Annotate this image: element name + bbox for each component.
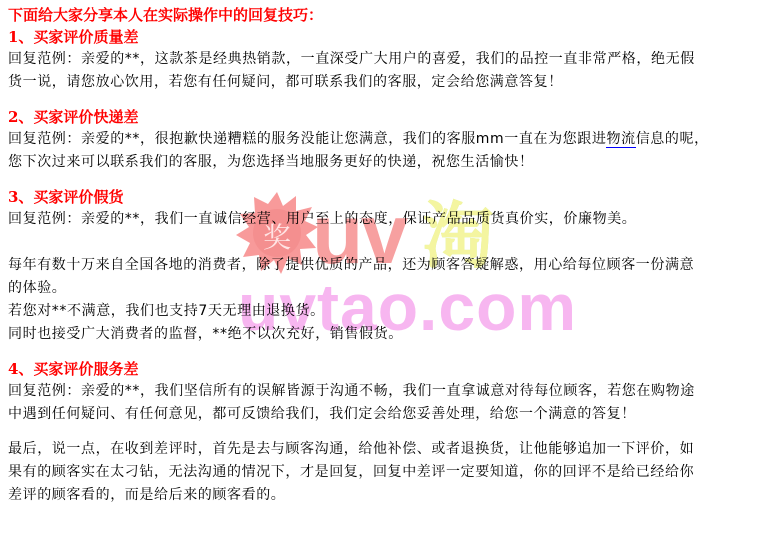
section-3-extra-4: 同时也接受广大消费者的监督，**绝不以次充好，销售假货。 [8, 323, 760, 346]
conclusion-line-3: 差评的顾客看的，而是给后来的顾客看的。 [8, 484, 760, 507]
section-3-title: 3、买家评价假货 [8, 186, 760, 208]
section-2-line-2: 您下次过来可以联系我们的客服，为您选择当地服务更好的快递，祝您生活愉快！ [8, 151, 760, 174]
section-3-extra-1: 每年有数十万来自全国各地的消费者，除了提供优质的产品，还为顾客答疑解惑，用心给每… [8, 254, 760, 277]
section-1-title: 1、买家评价质量差 [8, 26, 760, 48]
intro-heading: 下面给大家分享本人在实际操作中的回复技巧： [8, 4, 760, 26]
section-2-title: 2、买家评价快递差 [8, 106, 760, 128]
article-body: 下面给大家分享本人在实际操作中的回复技巧： 1、买家评价质量差 回复范例：亲爱的… [8, 4, 760, 507]
section-1-line-2: 货一说，请您放心饮用，若您有任何疑问，都可联系我们的客服，定会给您满意答复！ [8, 71, 760, 94]
section-4-line-1: 回复范例：亲爱的**，我们坚信所有的误解皆源于沟通不畅，我们一直拿诚意对待每位顾… [8, 380, 760, 403]
section-3-extra-3: 若您对**不满意，我们也支持7天无理由退换货。 [8, 300, 760, 323]
section-4-title: 4、买家评价服务差 [8, 358, 760, 380]
section-3-line-1: 回复范例：亲爱的**，我们一直诚信经营、用户至上的态度，保证产品品质货真价实，价… [8, 208, 760, 231]
logistics-link[interactable]: 物流 [606, 131, 635, 148]
section-2-line-1: 回复范例：亲爱的**，很抱歉快递糟糕的服务没能让您满意，我们的客服mm一直在为您… [8, 128, 760, 151]
section-1-line-1: 回复范例：亲爱的**，这款茶是经典热销款，一直深受广大用户的喜爱，我们的品控一直… [8, 48, 760, 71]
section-2-text-after: 信息的呢， [636, 131, 709, 147]
section-4-line-2: 中遇到任何疑问、有任何意见，都可反馈给我们，我们定会给您妥善处理，给您一个满意的… [8, 403, 760, 426]
conclusion-line-2: 果有的顾客实在太刁钻，无法沟通的情况下，才是回复，回复中差评一定要知道，你的回评… [8, 461, 760, 484]
section-3-extra-2: 的体验。 [8, 277, 760, 300]
section-2-text-before: 回复范例：亲爱的**，很抱歉快递糟糕的服务没能让您满意，我们的客服mm一直在为您… [8, 131, 606, 147]
conclusion-line-1: 最后，说一点，在收到差评时，首先是去与顾客沟通，给他补偿、或者退换货，让他能够追… [8, 438, 760, 461]
